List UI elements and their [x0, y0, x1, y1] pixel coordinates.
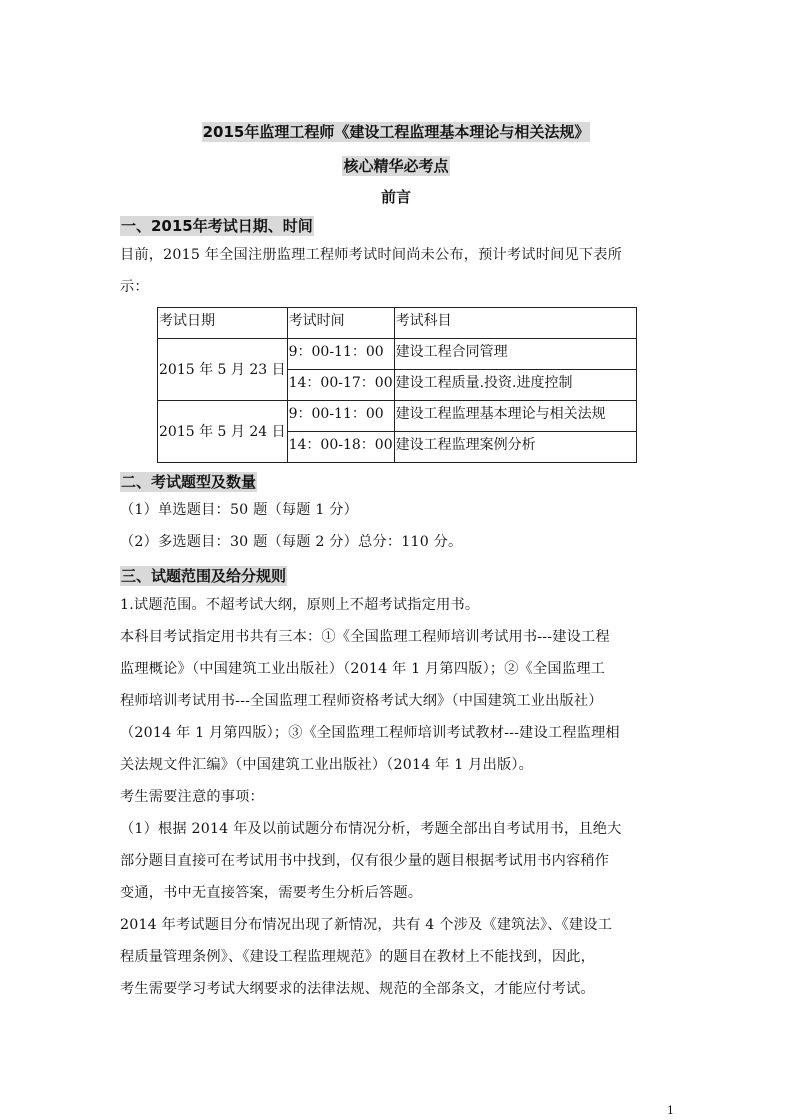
exam-time-cell: 14：00-17：00: [287, 370, 394, 401]
section-heading-2-text: 二、考试题型及数量: [120, 472, 257, 492]
paragraph-line: （1）单选题目：50 题（每题 1 分）: [120, 494, 680, 526]
table-header-cell: 考试时间: [287, 308, 394, 339]
section-heading-2: 二、考试题型及数量: [120, 471, 257, 492]
exam-subject-cell: 建设工程监理案例分析: [394, 432, 636, 463]
section-heading-1-text: 一、2015年考试日期、时间: [120, 216, 314, 236]
exam-time-cell: 14：00-18：00: [287, 432, 394, 463]
document-title: 2015年监理工程师《建设工程监理基本理论与相关法规》: [0, 121, 792, 142]
paragraph-line: 目前，2015 年全国注册监理工程师考试时间尚未公布，预计考试时间见下表所: [120, 239, 680, 271]
paragraph-line: 关法规文件汇编》（中国建筑工业出版社）（2014 年 1 月出版）。: [120, 749, 680, 781]
exam-subject-cell: 建设工程监理基本理论与相关法规: [394, 401, 636, 432]
table-header-cell: 考试科目: [394, 308, 636, 339]
section-heading-3-text: 三、试题范围及给分规则: [120, 566, 287, 586]
paragraph-line: （2014 年 1 月第四版）；③《全国监理工程师培训考试教材---建设工程监理…: [120, 717, 680, 749]
paragraph-line: 程师培训考试用书---全国监理工程师资格考试大纲》（中国建筑工业出版社）: [120, 685, 680, 717]
paragraph-line: （1）根据 2014 年及以前试题分布情况分析，考题全部出自考试用书，且绝大: [120, 813, 680, 845]
section-heading-3: 三、试题范围及给分规则: [120, 565, 287, 586]
exam-time-cell: 9：00-11：00: [287, 339, 394, 370]
exam-date-cell: 2015 年 5 月 23 日: [158, 339, 288, 401]
preface-title: 前言: [0, 186, 792, 207]
section-3-paragraph: 1.试题范围。不超考试大纲，原则上不超考试指定用书。 本科目考试指定用书共有三本…: [120, 589, 680, 1005]
paragraph-line: 1.试题范围。不超考试大纲，原则上不超考试指定用书。: [120, 589, 680, 621]
section-2-paragraph: （1）单选题目：50 题（每题 1 分） （2）多选题目：30 题（每题 2 分…: [120, 494, 680, 558]
exam-subject-cell: 建设工程合同管理: [394, 339, 636, 370]
table-header-row: 考试日期 考试时间 考试科目: [158, 308, 637, 339]
table-row: 2015 年 5 月 23 日 9：00-11：00 建设工程合同管理: [158, 339, 637, 370]
document-subtitle: 核心精华必考点: [0, 155, 792, 176]
title-line-1: 2015年监理工程师《建设工程监理基本理论与相关法规》: [202, 122, 591, 142]
section-1-paragraph: 目前，2015 年全国注册监理工程师考试时间尚未公布，预计考试时间见下表所 示：: [120, 239, 680, 303]
table-row: 2015 年 5 月 24 日 9：00-11：00 建设工程监理基本理论与相关…: [158, 401, 637, 432]
paragraph-line: 变通，书中无直接答案，需要考生分析后答题。: [120, 877, 680, 909]
paragraph-line: 2014 年考试题目分布情况出现了新情况，共有 4 个涉及《建筑法》、《建设工: [120, 909, 680, 941]
paragraph-line: 考生需要学习考试大纲要求的法律法规、规范的全部条文，才能应付考试。: [120, 973, 680, 1005]
paragraph-line: 监理概论》（中国建筑工业出版社）（2014 年 1 月第四版）；②《全国监理工: [120, 653, 680, 685]
paragraph-line: （2）多选题目：30 题（每题 2 分）总分：110 分。: [120, 526, 680, 558]
exam-time-cell: 9：00-11：00: [287, 401, 394, 432]
exam-schedule-table: 考试日期 考试时间 考试科目 2015 年 5 月 23 日 9：00-11：0…: [157, 307, 637, 463]
page-number: 1: [667, 1104, 674, 1117]
paragraph-line: 示：: [120, 271, 680, 303]
section-heading-1: 一、2015年考试日期、时间: [120, 215, 314, 236]
paragraph-line: 本科目考试指定用书共有三本：①《全国监理工程师培训考试用书---建设工程: [120, 621, 680, 653]
title-line-3: 前言: [380, 187, 412, 207]
title-line-2: 核心精华必考点: [342, 156, 449, 176]
table-header-cell: 考试日期: [158, 308, 288, 339]
paragraph-line: 考生需要注意的事项：: [120, 781, 680, 813]
paragraph-line: 程质量管理条例》、《建设工程监理规范》的题目在教材上不能找到，因此，: [120, 941, 680, 973]
exam-date-cell: 2015 年 5 月 24 日: [158, 401, 288, 463]
paragraph-line: 部分题目直接可在考试用书中找到，仅有很少量的题目根据考试用书内容稍作: [120, 845, 680, 877]
document-page: 2015年监理工程师《建设工程监理基本理论与相关法规》 核心精华必考点 前言 一…: [0, 0, 792, 1120]
exam-subject-cell: 建设工程质量.投资.进度控制: [394, 370, 636, 401]
